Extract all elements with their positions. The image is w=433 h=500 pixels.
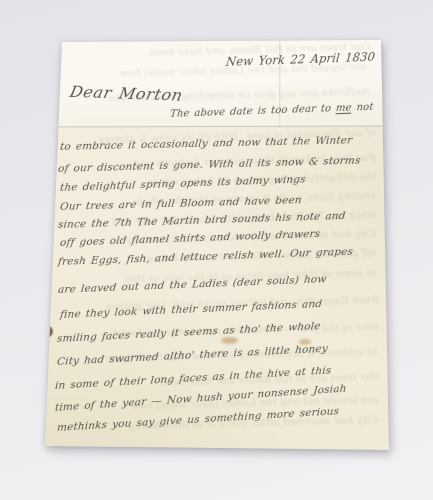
letter-line: City had swarmed altho' there is as litt… bbox=[57, 344, 329, 368]
foxing-spot bbox=[43, 326, 53, 337]
letter-line: of our discontent is gone. With all its … bbox=[57, 156, 361, 175]
letter-paper-shadow: Our trees are in full Bloom and have bee… bbox=[0, 0, 433, 500]
foxing-spot bbox=[221, 337, 238, 344]
letter-line: Our trees are in full Bloom and have bee… bbox=[59, 195, 302, 212]
photo-background: Our trees are in full Bloom and have bee… bbox=[0, 0, 433, 500]
letter-line: smiling faces really it seems as tho' th… bbox=[57, 321, 321, 344]
foxing-spot bbox=[299, 339, 311, 345]
letter-line: fresh Eggs, fish, and lettuce relish wel… bbox=[57, 247, 353, 268]
letter-paper: Our trees are in full Bloom and have bee… bbox=[0, 0, 433, 500]
opening-text: not bbox=[351, 102, 374, 114]
letter-line: off goes old flannel shirts and woolly d… bbox=[59, 229, 320, 249]
horizontal-fold-crease bbox=[50, 123, 386, 128]
letter-line: the delightful spring opens its balmy wi… bbox=[59, 174, 306, 193]
letter-salutation: Dear Morton bbox=[68, 84, 184, 104]
underlined-word: me bbox=[335, 103, 352, 115]
